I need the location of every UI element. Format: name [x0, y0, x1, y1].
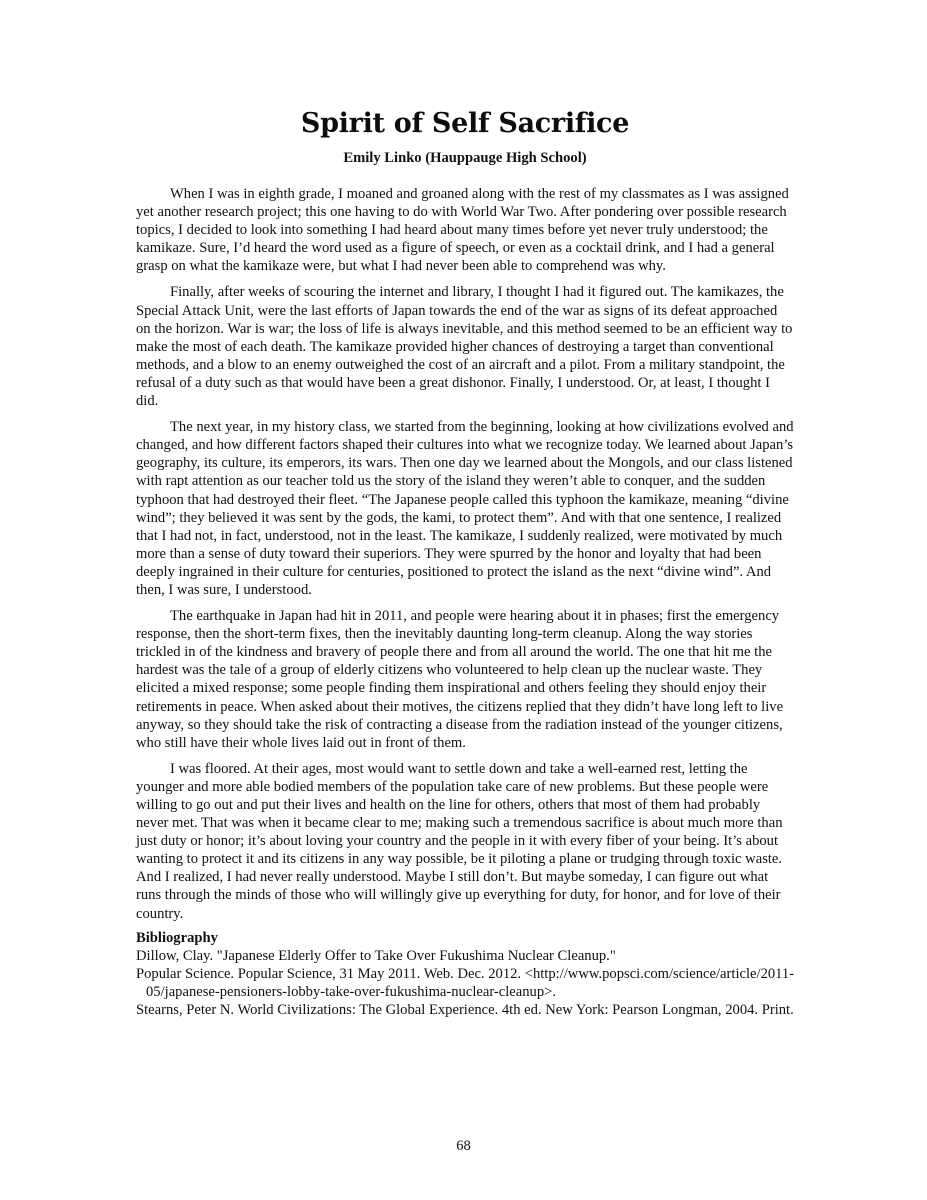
- author-line: Emily Linko (Hauppauge High School): [136, 149, 794, 167]
- bibliography-entry: Stearns, Peter N. World Civilizations: T…: [136, 1001, 796, 1019]
- bibliography-entry: Dillow, Clay. "Japanese Elderly Offer to…: [136, 947, 796, 965]
- document-title: Spirit of Self Sacrifice: [136, 106, 794, 142]
- paragraph: The next year, in my history class, we s…: [136, 418, 794, 599]
- paragraph: I was floored. At their ages, most would…: [136, 760, 794, 923]
- paragraph: Finally, after weeks of scouring the int…: [136, 283, 794, 410]
- paragraph: The earthquake in Japan had hit in 2011,…: [136, 607, 794, 752]
- essay-body: When I was in eighth grade, I moaned and…: [136, 185, 794, 931]
- page-number: 68: [0, 1137, 927, 1155]
- bibliography-entry: Popular Science. Popular Science, 31 May…: [136, 965, 796, 1001]
- paragraph: When I was in eighth grade, I moaned and…: [136, 185, 794, 275]
- bibliography: Bibliography Dillow, Clay. "Japanese Eld…: [136, 929, 796, 1019]
- bibliography-heading: Bibliography: [136, 929, 796, 947]
